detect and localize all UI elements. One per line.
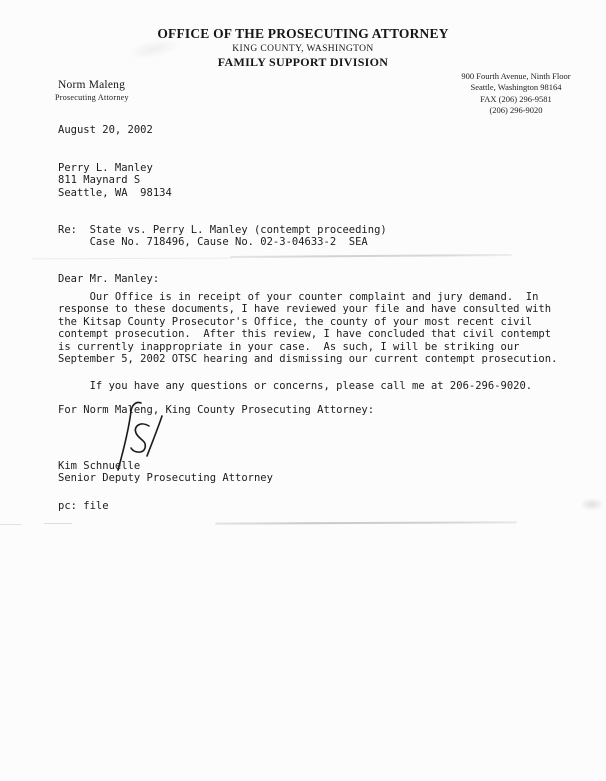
recipient-address: Perry L. Manley 811 Maynard S Seattle, W…	[58, 162, 172, 199]
re-subject-block: Re: State vs. Perry L. Manley (contempt …	[58, 224, 387, 249]
scan-artifact-line	[215, 521, 517, 524]
body-paragraph-1: Our Office is in receipt of your counter…	[58, 291, 557, 365]
scan-artifact-smudge	[580, 498, 604, 511]
office-address-block: 900 Fourth Avenue, Ninth Floor Seattle, …	[446, 71, 586, 117]
body-paragraph-2: If you have any questions or concerns, p…	[58, 380, 532, 392]
scan-artifact-line	[32, 258, 232, 260]
scanned-letter-page: OFFICE OF THE PROSECUTING ATTORNEY KING …	[0, 0, 606, 781]
cc-line: pc: file	[58, 500, 109, 512]
letter-date: August 20, 2002	[58, 124, 153, 136]
attorney-title: Prosecuting Attorney	[55, 93, 129, 102]
salutation: Dear Mr. Manley:	[58, 273, 159, 285]
handwritten-signature-mark	[110, 396, 180, 478]
scan-artifact-line	[0, 524, 22, 525]
letterhead-division-line: FAMILY SUPPORT DIVISION	[0, 55, 606, 70]
attorney-name: Norm Maleng	[58, 79, 125, 91]
scan-artifact-line	[44, 523, 72, 524]
letterhead-county-line: KING COUNTY, WASHINGTON	[0, 44, 606, 54]
scan-artifact-line	[230, 254, 512, 258]
for-attorney-line: For Norm Maleng, King County Prosecuting…	[58, 404, 374, 416]
letterhead-office-title: OFFICE OF THE PROSECUTING ATTORNEY	[0, 26, 606, 42]
